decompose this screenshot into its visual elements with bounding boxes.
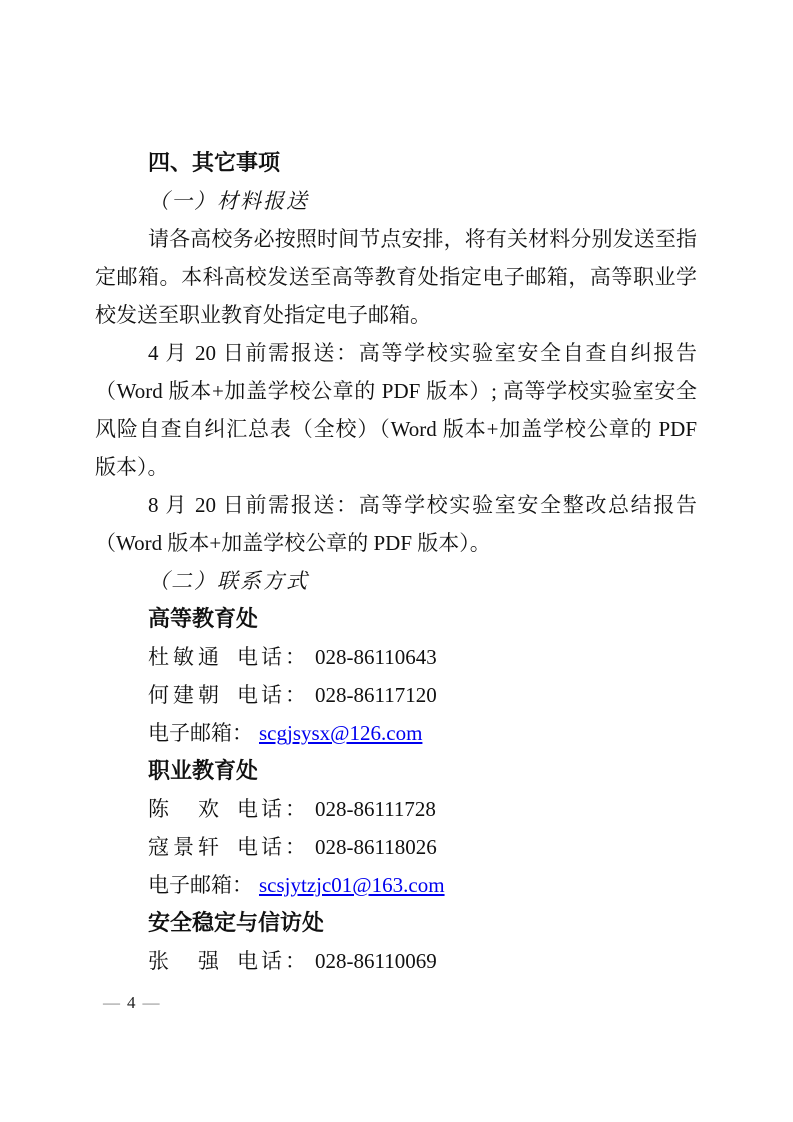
paragraph-3-line-2: （Word 版本+加盖学校公章的 PDF 版本）。	[95, 524, 697, 562]
contact-row: 何建朝电话：028-86117120	[95, 676, 697, 714]
phone-label: 电话：	[237, 835, 309, 859]
paragraph-1-line-3: 校发送至职业教育处指定电子邮箱。	[95, 296, 697, 334]
paragraph-3-line-1: 8 月 20 日前需报送：高等学校实验室安全整改总结报告	[95, 486, 697, 524]
phone-number: 028-86110643	[315, 645, 437, 669]
phone-number: 028-86111728	[315, 797, 436, 821]
paragraph-2-line-4: 版本）。	[95, 448, 697, 486]
section-heading: 四、其它事项	[95, 144, 697, 182]
contact-row: 陈 欢电话：028-86111728	[95, 790, 697, 828]
contact-row: 杜敏通电话：028-86110643	[95, 638, 697, 676]
department-name-higher-education: 高等教育处	[95, 600, 697, 638]
page-number-right-dash: —	[143, 993, 160, 1012]
document-body: 四、其它事项 （一）材料报送 请各高校务必按照时间节点安排，将有关材料分别发送至…	[95, 144, 697, 980]
contact-row: 张 强电话：028-86110069	[95, 942, 697, 980]
paragraph-2-line-1: 4 月 20 日前需报送：高等学校实验室安全自查自纠报告	[95, 334, 697, 372]
email-link-higher-education[interactable]: scgjsysx@126.com	[259, 721, 422, 745]
page-number-footer: —4—	[103, 990, 160, 1016]
email-label: 电子邮箱：	[148, 721, 253, 745]
department-name-security-stability: 安全稳定与信访处	[95, 904, 697, 942]
subsection-heading-2: （二）联系方式	[95, 562, 697, 600]
phone-number: 028-86110069	[315, 949, 437, 973]
paragraph-1-line-2: 定邮箱。本科高校发送至高等教育处指定电子邮箱，高等职业学	[95, 258, 697, 296]
page-number: 4	[127, 993, 136, 1012]
department-name-vocational-education: 职业教育处	[95, 752, 697, 790]
phone-label: 电话：	[237, 949, 309, 973]
subsection-heading-1: （一）材料报送	[95, 182, 697, 220]
contact-name: 陈 欢	[148, 797, 223, 821]
paragraph-2-line-2: （Word 版本+加盖学校公章的 PDF 版本）; 高等学校实验室安全	[95, 372, 697, 410]
contact-name: 何建朝	[148, 683, 223, 707]
email-row: 电子邮箱：scgjsysx@126.com	[95, 714, 697, 752]
email-label: 电子邮箱：	[148, 873, 253, 897]
contact-name: 寇景轩	[148, 835, 223, 859]
phone-number: 028-86117120	[315, 683, 437, 707]
contact-row: 寇景轩电话：028-86118026	[95, 828, 697, 866]
contact-name: 杜敏通	[148, 645, 223, 669]
phone-label: 电话：	[237, 645, 309, 669]
contact-name: 张 强	[148, 949, 223, 973]
page-number-left-dash: —	[103, 993, 120, 1012]
phone-label: 电话：	[237, 683, 309, 707]
email-link-vocational-education[interactable]: scsjytzjc01@163.com	[259, 873, 445, 897]
phone-number: 028-86118026	[315, 835, 437, 859]
email-row: 电子邮箱：scsjytzjc01@163.com	[95, 866, 697, 904]
phone-label: 电话：	[237, 797, 309, 821]
paragraph-2-line-3: 风险自查自纠汇总表（全校）（Word 版本+加盖学校公章的 PDF	[95, 410, 697, 448]
document-page: 四、其它事项 （一）材料报送 请各高校务必按照时间节点安排，将有关材料分别发送至…	[0, 0, 793, 1122]
paragraph-1-line-1: 请各高校务必按照时间节点安排，将有关材料分别发送至指	[95, 220, 697, 258]
